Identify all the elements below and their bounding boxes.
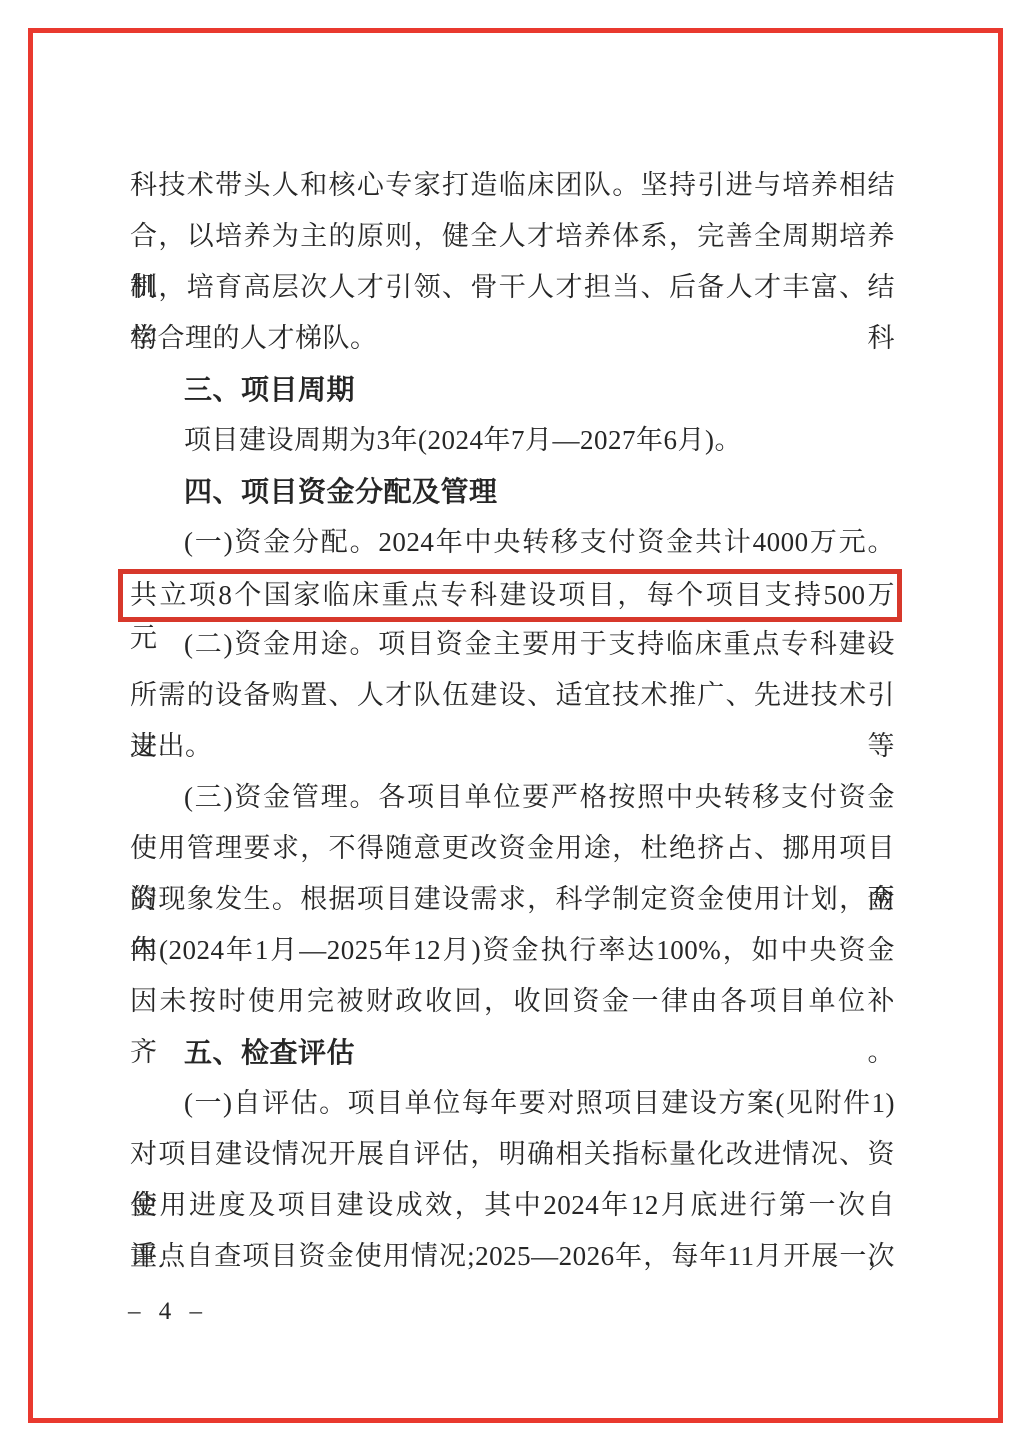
text-line: (三)资金管理。各项目单位要严格按照中央转移支付资金	[130, 772, 895, 823]
heading-fund-allocation-management: 四、项目资金分配及管理	[130, 466, 895, 517]
text-line: 所需的设备购置、人才队伍建设、适宜技术推广、先进技术引进等	[130, 670, 895, 721]
text-line: 的现象发生。根据项目建设需求，科学制定资金使用计划，两年	[130, 874, 895, 925]
document-page: 科技术带头人和核心专家打造临床团队。坚持引进与培养相结 合，以培养为主的原则，健…	[0, 0, 1024, 1448]
page-number: – 4 –	[128, 1292, 208, 1332]
text-line: (一)自评估。项目单位每年要对照项目建设方案(见附件1)	[130, 1078, 895, 1129]
text-line: (一)资金分配。2024年中央转移支付资金共计4000万元。	[130, 517, 895, 568]
text-line: 制，培育高层次人才引领、骨干人才担当、后备人才丰富、结构科	[130, 262, 895, 313]
highlight-annotation-box: 共立项8个国家临床重点专科建设项目，每个项目支持500万元。	[118, 569, 902, 622]
heading-project-period: 三、项目周期	[130, 364, 895, 415]
text-line: 内(2024年1月—2025年12月)资金执行率达100%，如中央资金	[130, 925, 895, 976]
text-line: 对项目建设情况开展自评估，明确相关指标量化改进情况、资金	[130, 1129, 895, 1180]
text-line: 科技术带头人和核心专家打造临床团队。坚持引进与培养相结	[130, 160, 895, 211]
text-line: 项目建设周期为3年(2024年7月—2027年6月)。	[130, 415, 895, 466]
text-line: 使用管理要求，不得随意更改资金用途，杜绝挤占、挪用项目资金	[130, 823, 895, 874]
text-line: 使用进度及项目建设成效，其中2024年12月底进行第一次自评，	[130, 1180, 895, 1231]
text-line: (二)资金用途。项目资金主要用于支持临床重点专科建设	[130, 619, 895, 670]
text-line: 合，以培养为主的原则，健全人才培养体系，完善全周期培养机	[130, 211, 895, 262]
document-body: 科技术带头人和核心专家打造临床团队。坚持引进与培养相结 合，以培养为主的原则，健…	[130, 160, 895, 1282]
text-line: 因未按时使用完被财政收回，收回资金一律由各项目单位补齐。	[130, 976, 895, 1027]
text-line: 重点自查项目资金使用情况;2025—2026年，每年11月开展一次	[130, 1231, 895, 1282]
